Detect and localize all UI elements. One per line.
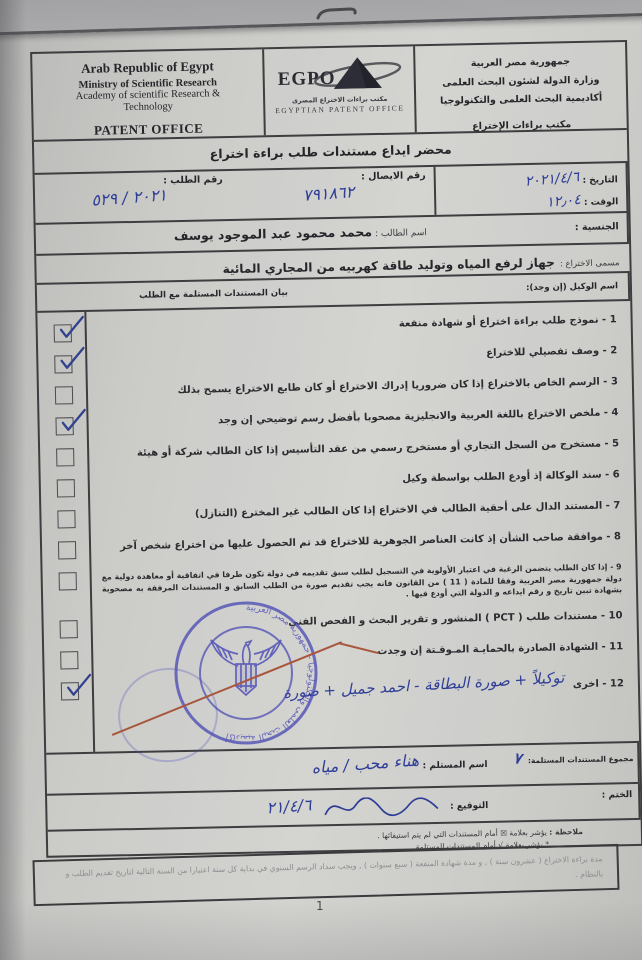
receiver-label: اسم المستلم : bbox=[423, 760, 488, 771]
page-number: 1 bbox=[316, 899, 324, 913]
checkbox-cell-11 bbox=[44, 651, 93, 670]
request-number-value: ٢٠٢١ / ٥٢٩ bbox=[35, 181, 224, 214]
nationality-cell: الجنسية : bbox=[437, 213, 630, 246]
invention-label: مسمى الاختراع : bbox=[560, 258, 620, 269]
checkbox-item-4[interactable] bbox=[55, 417, 73, 435]
agent-label: اسم الوكيل (إن وجد): bbox=[526, 281, 618, 293]
checkbox-item-9[interactable] bbox=[58, 572, 76, 590]
note-line-1: يؤشر بعلامة ☒ أمام المستندات التي لم يتم… bbox=[377, 828, 547, 840]
receipt-number-value: ٧٩١٨٦٢ bbox=[231, 177, 427, 210]
left-edge-shadow bbox=[0, 0, 26, 960]
applicant-name: محمد محمود عبد الموجود يوسف bbox=[174, 224, 372, 243]
checkbox-item-8[interactable] bbox=[57, 541, 75, 559]
checkbox-item-3[interactable] bbox=[54, 386, 72, 404]
checkbox-cell-10 bbox=[44, 620, 93, 639]
egpo-logo: EGPO مكتب براءات الاختراع المصرى EGYPTIA… bbox=[264, 46, 415, 135]
egpo-pyramid-icon: EGPO bbox=[275, 52, 404, 97]
signature-date-handwritten: ٢١/٤/٦ bbox=[266, 795, 312, 817]
checkbox-cell-5 bbox=[40, 448, 89, 467]
request-number-cell: رقم الطلب : ٢٠٢١ / ٥٢٩ bbox=[35, 171, 232, 223]
checkbox-cell-8 bbox=[42, 541, 91, 560]
applicant-label: اسم الطالب : bbox=[375, 228, 427, 239]
checkbox-item-5[interactable] bbox=[56, 448, 74, 466]
seal-cell: الختم : bbox=[498, 784, 641, 821]
item12-handwritten-note: توكيلاً + صورة البطاقة - احمد جميل + صور… bbox=[283, 668, 565, 704]
checkbox-cell-3 bbox=[39, 386, 88, 405]
checkbox-item-11[interactable] bbox=[60, 651, 78, 669]
agent-cell: اسم الوكيل (إن وجد): bbox=[390, 273, 630, 304]
checkbox-cell-12 bbox=[45, 682, 94, 701]
checkbox-item-7[interactable] bbox=[57, 510, 75, 528]
checkbox-cell-9 bbox=[43, 572, 92, 591]
receiver-name-handwritten: هناء محب / مياه bbox=[311, 751, 420, 778]
checkbox-cell-4 bbox=[39, 417, 88, 436]
checkbox-cell-1 bbox=[38, 324, 87, 343]
total-documents-value: ٧ bbox=[512, 749, 522, 768]
checkbox-item-1[interactable] bbox=[53, 324, 71, 342]
checkbox-item-12[interactable] bbox=[60, 682, 78, 700]
header-arabic-block: جمهورية مصر العربية وزارة الدولة لشئون ا… bbox=[413, 42, 627, 132]
seal-label: الختم : bbox=[602, 790, 633, 801]
time-label: الوقت : bbox=[584, 198, 618, 209]
date-time-cell: التاريخ : ٢٠٢١/٤/٦ الوقت : ١٢٫٠٤ bbox=[436, 163, 629, 215]
nationality-label: الجنسية : bbox=[575, 221, 619, 233]
checkbox-item-10[interactable] bbox=[59, 620, 77, 638]
signature-label: التوقيع : bbox=[450, 801, 488, 812]
note-label: ملاحظة : bbox=[549, 827, 583, 837]
logo-english-caption: EGYPTIAN PATENT OFFICE bbox=[265, 103, 414, 115]
invention-name: جهاز لرفع المياه وتوليد طاقة كهربيه من ا… bbox=[223, 255, 555, 276]
total-documents-label: مجموع المستندات المستلمة: bbox=[528, 754, 634, 765]
time-value: ١٢٫٠٤ bbox=[545, 189, 581, 214]
country-name-en: Arab Republic of Egypt bbox=[32, 57, 262, 78]
date-label: التاريخ : bbox=[582, 175, 617, 186]
checkbox-cell-2 bbox=[38, 355, 87, 374]
checkbox-cell-7 bbox=[41, 510, 90, 529]
egpo-acronym: EGPO bbox=[277, 68, 335, 90]
academy-ar: أكاديمية البحث العلمى والتكنولوجيا bbox=[416, 89, 626, 112]
total-documents-cell: مجموع المستندات المستلمة: ٧ bbox=[497, 743, 640, 785]
form-header: Arab Republic of Egypt Ministry of Scien… bbox=[32, 42, 627, 142]
checkmark-icon bbox=[55, 315, 86, 343]
checkmark-icon bbox=[57, 408, 88, 436]
checkbox-item-6[interactable] bbox=[56, 479, 74, 497]
staple-icon bbox=[312, 4, 364, 24]
receipt-number-cell: رقم الايصال : ٧٩١٨٦٢ bbox=[231, 167, 437, 219]
signature-scribble-icon bbox=[321, 795, 441, 819]
checkbox-cell-6 bbox=[41, 479, 90, 498]
checkmark-icon bbox=[62, 673, 93, 701]
checkbox-item-2[interactable] bbox=[54, 355, 72, 373]
patent-office-en: PATENT OFFICE bbox=[34, 119, 264, 140]
header-english-block: Arab Republic of Egypt Ministry of Scien… bbox=[32, 49, 266, 140]
checkmark-icon bbox=[56, 346, 87, 374]
